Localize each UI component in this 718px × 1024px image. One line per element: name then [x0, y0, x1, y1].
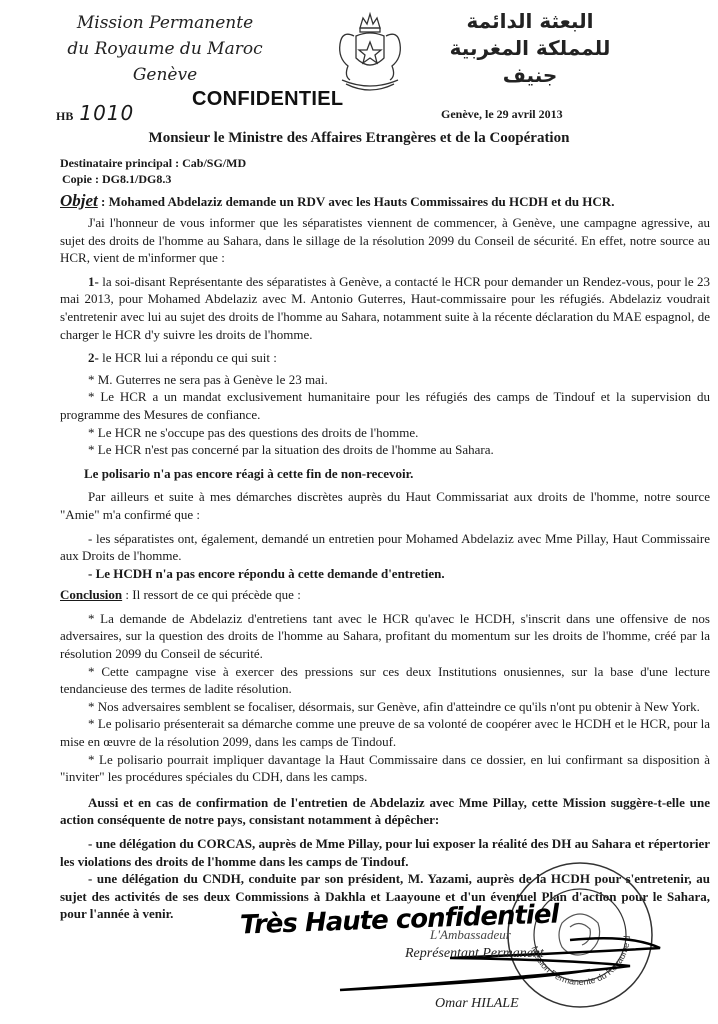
signatory-name: Omar HILALE: [435, 996, 519, 1012]
distribution-list: Destinataire principal : Cab/SG/MD Copie…: [60, 155, 246, 187]
copy-recipients: Copie : DG8.1/DG8.3: [60, 171, 246, 187]
conclusion-point: * Le polisario pourrait impliquer davant…: [60, 751, 710, 786]
letterhead-line: البعثة الدائمة: [430, 8, 630, 35]
reference-prefix: HB: [56, 109, 73, 123]
letterhead-line: Mission Permanente: [40, 10, 290, 36]
conclusion-point: * Nos adversaires semblent se focaliser,…: [60, 698, 710, 716]
letterhead-line: جنيف: [430, 62, 630, 89]
point-number: 2-: [88, 350, 99, 365]
point-2: 2- le HCR lui a répondu ce qui suit :: [60, 349, 710, 367]
conclusion-point: * Cette campagne vise à exercer des pres…: [60, 663, 710, 698]
coat-of-arms-icon: [330, 6, 410, 94]
conclusion-point: * La demande de Abdelaziz d'entretiens t…: [60, 610, 710, 663]
point-1: 1- la soi-disant Représentante des sépar…: [60, 273, 710, 343]
point-number: 1-: [88, 274, 99, 289]
hcdh-status: - Le HCDH n'a pas encore répondu à cette…: [60, 565, 710, 583]
letterhead-line: Genève: [40, 62, 290, 88]
letterhead-arabic: البعثة الدائمة للمملكة المغربية جنيف: [430, 8, 630, 89]
classification-stamp: CONFIDENTIEL: [192, 88, 343, 111]
reference-handwritten: 1010: [79, 101, 134, 125]
hcdh-point: - les séparatistes ont, également, deman…: [60, 530, 710, 565]
subject-separator: :: [98, 194, 109, 209]
conclusion-intro: : Il ressort de ce qui précède que :: [122, 587, 301, 602]
signature-scribble-icon: [330, 930, 710, 1000]
intro-paragraph: J'ai l'honneur de vous informer que les …: [60, 214, 710, 267]
letter-date: Genève, le 29 avril 2013: [441, 107, 563, 122]
hcdh-intro: Par ailleurs et suite à mes démarches di…: [60, 488, 710, 523]
subject-line: Objet : Mohamed Abdelaziz demande un RDV…: [60, 191, 614, 211]
signatory-title: L'Ambassadeur: [430, 927, 511, 943]
recipient: Monsieur le Ministre des Affaires Etrang…: [0, 130, 718, 147]
hcr-reply: * Le HCR ne s'occupe pas des questions d…: [60, 424, 710, 442]
letterhead-line: du Royaume du Maroc: [40, 36, 290, 62]
letter-body: J'ai l'honneur de vous informer que les …: [60, 214, 710, 923]
hcr-reply: * Le HCR a un mandat exclusivement human…: [60, 388, 710, 423]
hcr-reply: * Le HCR n'est pas concerné par la situa…: [60, 441, 710, 459]
letterhead-french: Mission Permanente du Royaume du Maroc G…: [40, 10, 290, 88]
recommendation: Aussi et en cas de confirmation de l'ent…: [60, 794, 710, 829]
reference-number: HB1010: [56, 101, 134, 125]
polisario-note: Le polisario n'a pas encore réagi à cett…: [60, 465, 710, 483]
conclusion: Conclusion : Il ressort de ce qui précèd…: [60, 586, 710, 604]
subject-text: Mohamed Abdelaziz demande un RDV avec le…: [109, 194, 615, 209]
hcr-reply: * M. Guterres ne sera pas à Genève le 23…: [60, 371, 710, 389]
principal-recipient: Destinataire principal : Cab/SG/MD: [60, 155, 246, 171]
conclusion-label: Conclusion: [60, 587, 122, 602]
subject-label: Objet: [60, 191, 98, 210]
conclusion-point: * Le polisario présenterait sa démarche …: [60, 715, 710, 750]
point-text: le HCR lui a répondu ce qui suit :: [99, 350, 277, 365]
point-text: la soi-disant Représentante des séparati…: [60, 274, 710, 342]
signatory-role: Représentant Permanent: [405, 946, 544, 962]
letterhead-line: للمملكة المغربية: [430, 35, 630, 62]
